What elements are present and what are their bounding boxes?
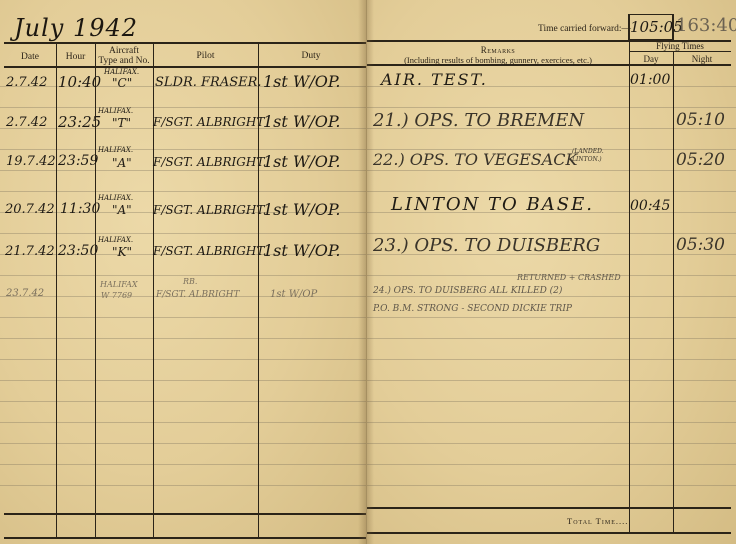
row-remarks: 21.) OPS. TO BREMEN (373, 110, 584, 131)
carried-forward-divider (672, 14, 673, 40)
row-remarks: 22.) OPS. TO VEGESACK (373, 150, 578, 169)
row-aircraft-type: HALIFAX. (98, 194, 133, 202)
header-top-rule (4, 42, 366, 44)
flying-times-header: Flying Times (629, 41, 731, 51)
col-header-aircraft-line1: Aircraft (95, 46, 153, 56)
row-aircraft-no: W 7769 (101, 291, 132, 300)
row-date: 20.7.42 (5, 202, 55, 217)
row-aircraft-no: "A" (112, 203, 132, 217)
row-date: 23.7.42 (6, 288, 44, 299)
row-aircraft-no: "K" (112, 245, 132, 259)
row-pilot: SLDR. FRASER. (155, 75, 262, 90)
row-duty: 1st W/OP. (263, 72, 340, 91)
remarks-subheader: (Including results of bombing, gunnery, … (367, 55, 629, 65)
row-aircraft-type: HALIFAX (100, 280, 138, 289)
row-pilot-note: RB. (183, 277, 197, 286)
row-duty: 1st W/OP. (263, 112, 340, 131)
row-pilot: F/SGT. ALBRIGHT. (153, 155, 266, 169)
row-hour: 23:50 (58, 243, 98, 259)
body-bottom-rule (367, 507, 731, 509)
month-heading: July 1942 (14, 14, 138, 42)
row-remarks: 24.) OPS. TO DUISBERG ALL KILLED (2) (373, 286, 562, 296)
row-hour: 11:30 (60, 201, 100, 217)
col-divider-day (629, 14, 630, 532)
time-carried-forward-label: Time carried forward:— (538, 24, 631, 34)
row-duty: 1st W/OP. (263, 152, 340, 171)
row-hour: 23:59 (58, 153, 98, 169)
row-day-time: 00:45 (630, 198, 670, 214)
row-pilot: F/SGT. ALBRIGHT (153, 115, 264, 129)
row-date: 2.7.42 (6, 75, 47, 90)
remarks-header: Remarks (367, 45, 629, 55)
row-night-time: 05:30 (676, 235, 725, 255)
row-duty: 1st W/OP (270, 289, 317, 300)
col-header-duty: Duty (258, 51, 364, 61)
row-aircraft-no: "C" (112, 76, 132, 90)
col-header-hour: Hour (56, 52, 95, 62)
row-duty: 1st W/OP. (263, 200, 340, 219)
row-remarks-line2: P.O. B.M. STRONG - SECOND DICKIE TRIP (373, 304, 572, 314)
col-header-aircraft: Aircraft Type and No. (95, 46, 153, 66)
row-remarks-note: (LANDED. LINTON.) (572, 148, 622, 164)
row-duty: 1st W/OP. (263, 241, 340, 260)
row-aircraft-type: HALIFAX. (98, 236, 133, 244)
row-remarks: AIR. TEST. (381, 70, 488, 89)
carried-forward-night: 163:40 (676, 15, 736, 36)
row-date: 2.7.42 (6, 115, 47, 130)
night-header: Night (673, 54, 731, 64)
row-pilot: F/SGT. ALBRIGHT. (153, 244, 266, 258)
row-aircraft-type: HALIFAX. (98, 146, 133, 154)
row-aircraft-no: "A" (112, 156, 132, 170)
row-remarks: 23.) OPS. TO DUISBERG (373, 235, 600, 256)
row-night-time: 05:10 (676, 110, 725, 130)
flying-times-rule (629, 51, 731, 52)
row-remarks: LINTON TO BASE. (391, 194, 594, 215)
row-aircraft-type: HALIFAX. (98, 107, 133, 115)
col-header-pilot: Pilot (153, 51, 258, 61)
total-bottom-rule (4, 537, 366, 539)
right-page: Time carried forward:— 105:05 163:40 Rem… (366, 0, 736, 544)
row-hour: 10:40 (58, 73, 101, 91)
row-night-time: 05:20 (676, 150, 725, 170)
row-remarks-note: RETURNED + CRASHED (517, 273, 621, 282)
row-date: 21.7.42 (5, 244, 55, 259)
day-header: Day (629, 54, 673, 64)
body-bottom-rule (4, 513, 366, 515)
col-divider-night (673, 51, 674, 532)
carried-forward-day: 105:05 (630, 18, 683, 36)
total-bottom-rule (367, 532, 731, 534)
col-header-aircraft-line2: Type and No. (95, 56, 153, 66)
row-day-time: 01:00 (630, 72, 670, 88)
total-time-label: Total Time.... (567, 516, 628, 526)
header-bottom-rule (4, 66, 366, 68)
row-aircraft-no: "T" (112, 116, 131, 130)
ruled-lines (0, 66, 366, 506)
col-header-date: Date (4, 52, 56, 62)
row-date: 19.7.42 (6, 154, 56, 169)
row-aircraft-type: HALIFAX. (104, 68, 139, 76)
left-page: July 1942 Date Hour Aircraft Type and No… (0, 0, 367, 544)
row-pilot: F/SGT. ALBRIGHT (156, 290, 240, 300)
row-hour: 23:25 (58, 113, 101, 131)
row-pilot: F/SGT. ALBRIGHT. (153, 203, 266, 217)
